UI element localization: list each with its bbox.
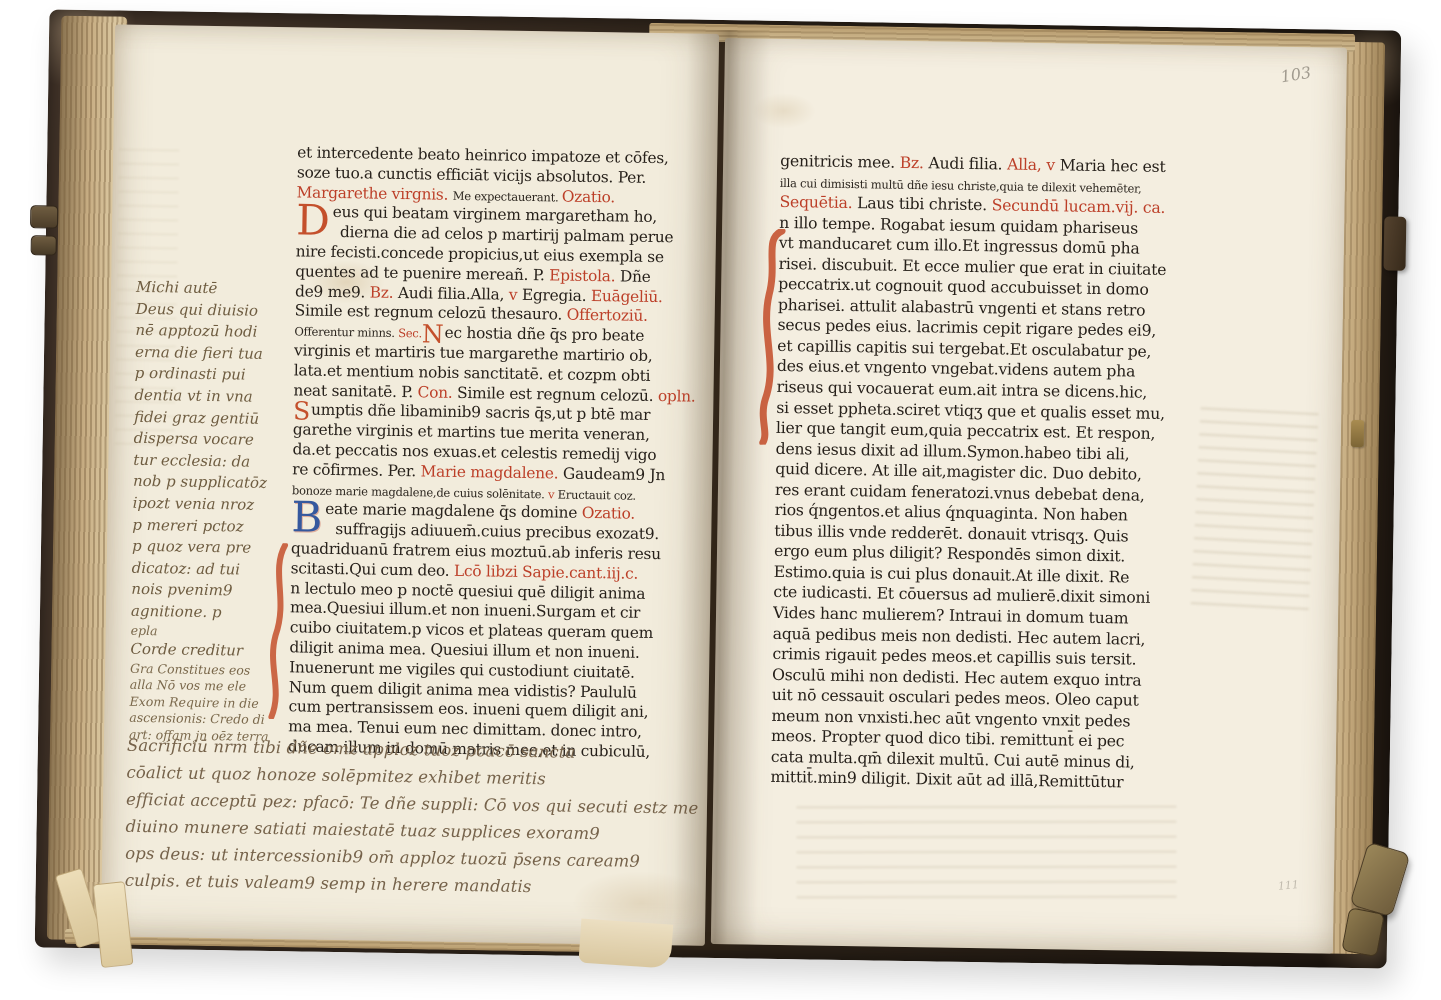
- text-segment: ec hostia dñe q̄s pro beate: [444, 324, 644, 345]
- text-segment: Laus tibi christe.: [857, 193, 992, 214]
- marginalia-line: Deus qui diuisio: [136, 298, 312, 322]
- text-segment: Me expectauerant.: [453, 188, 562, 204]
- text-segment: bonoze marie magdalene,de cuius solēnita…: [292, 483, 548, 501]
- marginalia-line: p quoz vera pre: [132, 536, 308, 560]
- marginalia-line: p mereri pctoz: [132, 514, 308, 538]
- pencil-folio-number: 103: [1279, 63, 1312, 87]
- text-segment: Offertoziū.: [567, 306, 648, 325]
- text-segment: N: [422, 322, 444, 341]
- text-segment: Dñe: [620, 267, 651, 285]
- text-segment: Secundū lucam.vij. ca.: [992, 195, 1166, 217]
- ink-bleedthrough: [796, 794, 1176, 899]
- text-segment: Marie magdalene.: [420, 462, 563, 482]
- text-segment: scitasti.Qui cum deo.: [291, 559, 455, 580]
- clasp-fitting-left: [31, 235, 57, 255]
- bottom-manuscript: Sacrificiū nrm tibi dñe omz apploz tuoz …: [125, 732, 707, 903]
- marginalia-line: nois pvenim9: [131, 579, 307, 603]
- clasp-catch-right: [1384, 216, 1407, 270]
- book: Michi autēDeus qui diuisionē apptozū hod…: [35, 9, 1402, 968]
- page-corner-sliver: [578, 919, 673, 969]
- text-segment: D: [296, 200, 330, 220]
- text-segment: Offerentur minns.: [294, 325, 398, 341]
- text-segment: Simile est regnum celozū.: [457, 383, 658, 404]
- marginalia-line: dispersa vocare: [134, 428, 310, 452]
- left-page: Michi autēDeus qui diuisionē apptozū hod…: [101, 24, 719, 945]
- pencil-number-bottom: 111: [1277, 878, 1299, 893]
- text-segment: eate marie magdalene q̄s domine: [325, 500, 582, 522]
- marginalia-line: agnitione. p: [131, 601, 307, 625]
- clasp-end-bottom-right: [1341, 907, 1385, 957]
- marginalia-line: nob p supplicatōz: [133, 471, 309, 495]
- text-segment: re cōfirmes. Per.: [292, 460, 421, 480]
- ink-bleedthrough: [1191, 400, 1319, 611]
- text-segment: Sec.: [398, 326, 422, 340]
- text-segment: neat sanitatē. P.: [293, 381, 417, 401]
- marginalia-line: Michi autē: [136, 277, 312, 301]
- text-segment: Audi filia.Alla,: [398, 284, 509, 304]
- text-segment: Egregia.: [522, 285, 591, 304]
- text-segment: Con.: [417, 383, 457, 402]
- text-segment: Ozatio.: [562, 187, 615, 206]
- right-page: 103 genitricis mee. Bz. Audi filia. Alla…: [711, 38, 1347, 954]
- marginalia-line: erna die fieri tua: [135, 342, 311, 366]
- text-segment: Eructauit coz.: [558, 487, 636, 502]
- paper-stain: [752, 92, 817, 129]
- clasp-strap-bottom-right: [1349, 841, 1410, 917]
- marginalia-line: ipozt venia nroz: [133, 493, 309, 517]
- marginalia-line: nē apptozū hodi: [135, 320, 311, 344]
- text-segment: v: [548, 487, 558, 501]
- text-segment: Lcō libzi Sapie.cant.iij.c.: [454, 562, 638, 583]
- text-segment: S: [293, 399, 310, 418]
- marginalia-line: tur ecclesia: da: [133, 450, 309, 474]
- text-segment: Gaudeam9 Jn: [563, 464, 665, 484]
- text-segment: genitricis mee.: [780, 151, 900, 172]
- text-segment: Maria hec est: [1060, 155, 1166, 176]
- clasp-fitting-left: [30, 205, 58, 228]
- marginalia-line: dicatoz: ad tui: [132, 558, 308, 582]
- text-segment: Sequētia.: [779, 192, 857, 212]
- text-segment: Epistola.: [549, 266, 620, 285]
- text-segment: opln.: [658, 387, 696, 406]
- text-segment: B: [292, 497, 323, 516]
- right-printed-text: genitricis mee. Bz. Audi filia. Alla, v …: [770, 151, 1202, 795]
- text-segment: Bz.: [370, 283, 398, 301]
- text-segment: Euāgeliū.: [591, 287, 663, 306]
- brass-tab: [1351, 420, 1364, 447]
- text-segment: Audi filia.: [928, 153, 1007, 173]
- marginalia-line: Corde creditur: [130, 639, 306, 663]
- text-segment: v: [509, 285, 522, 303]
- marginalia-line: dentia vt in vna: [134, 385, 310, 409]
- text-segment: Bz.: [900, 153, 929, 172]
- left-printed-text: et intercedente beato heinrico impatoze …: [288, 143, 712, 763]
- text-segment: de9 me9.: [295, 282, 370, 301]
- text-segment: Ozatio.: [582, 504, 635, 523]
- text-segment: Alla, v: [1007, 155, 1060, 175]
- marginalia-column: Michi autēDeus qui diuisionē apptozū hod…: [129, 277, 312, 746]
- text-segment: quentes ad te puenire mereañ. P.: [295, 262, 549, 284]
- marginalia-line: p ordinasti pui: [135, 363, 311, 387]
- marginalia-line: fidei graz gentiū: [134, 406, 310, 430]
